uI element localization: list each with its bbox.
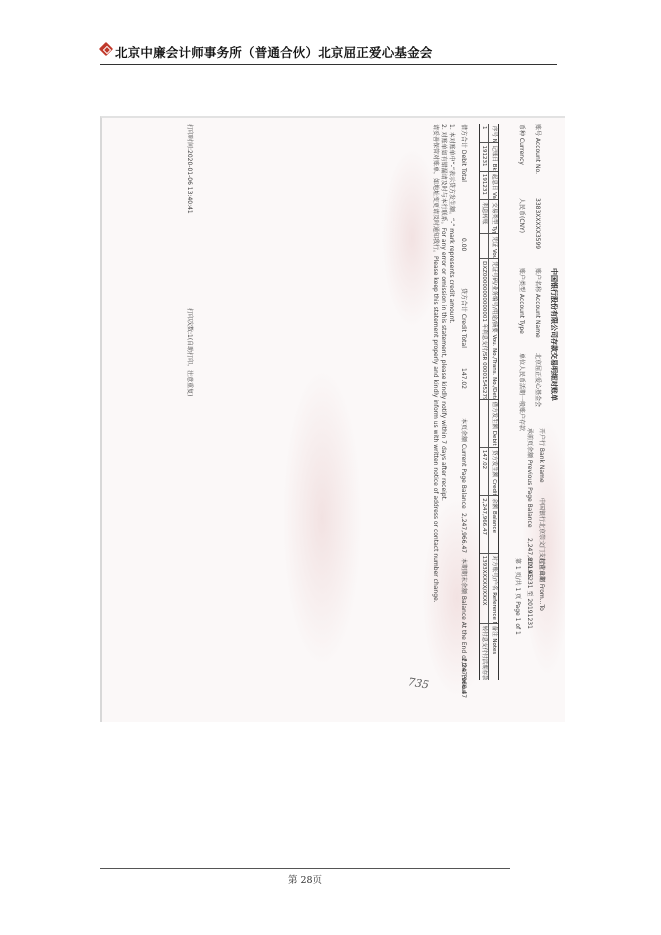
table-cell [480, 400, 489, 448]
table-cell: 转付息支付付活期存款公司 [480, 624, 489, 680]
account-name: 北京屈正爱心基金会 [534, 353, 541, 407]
note-1: 1. 本对账单中“-”表示贷方发生额。“-” mark represents c… [448, 124, 455, 324]
table-header-cell: 凭证号码/业务编号/用途/摘要 Vou. No./Trans. No./Deta… [490, 259, 499, 399]
credit-total-label: 贷方合计 Credit Total [460, 288, 467, 348]
table-header-cell: 凭证 Voucher [490, 234, 499, 259]
table-header-cell: 对方账号/户名 Reference No. [490, 554, 499, 624]
page-label: 第 1 页/共 1 页 Page 1 of 1 [514, 558, 521, 635]
table-header-row: 序号 No.记账日 Bk. D.起息日 Val. D.交易类型 Type凭证 V… [489, 124, 499, 680]
table-cell: 1393XXXXX/XXXX [480, 554, 489, 624]
previous-balance-label: 承前页余额 Previous Page Balance [526, 428, 533, 528]
end-balance: 2,247,966.47 [460, 658, 467, 698]
debit-total: 0.00 [460, 238, 467, 251]
transaction-table: 序号 No.记账日 Bk. D.起息日 Val. D.交易类型 Type凭证 V… [479, 124, 499, 680]
table-header-cell: 起息日 Val. D. [490, 172, 499, 200]
credit-total: 147.02 [460, 368, 467, 389]
table-cell: 利息转账 [480, 200, 489, 234]
account-type-label: 账户类型 Account Type [518, 268, 525, 334]
header-title: 北京中廉会计师事务所（普通合伙）北京屈正爱心基金会 [115, 43, 433, 61]
handwritten-mark: 735 [407, 675, 430, 691]
table-cell [480, 234, 489, 259]
table-header-cell: 交易类型 Type [490, 200, 499, 234]
current-balance-label: 本页余额 Current Page Balance [460, 418, 467, 509]
print-count: 打印次数:1(自助打印，注意重复) [186, 308, 193, 397]
account-no-label: 账号 Account No. [534, 124, 541, 174]
table-header-cell: 备注 Notes [490, 624, 499, 680]
statement-title: 中国银行股份有限公司存款交易明细对账单 [550, 268, 557, 401]
page-header: 北京中廉会计师事务所（普通合伙）北京屈正爱心基金会 [100, 41, 558, 63]
table-row: 1191231191231利息转账DXZ00000000000001 年利息支付… [480, 124, 489, 680]
bank-label: 开户行 Bank Name [538, 428, 545, 483]
print-time: 打印时间:2020-01-06 13:40:41 [186, 124, 193, 214]
account-name-label: 账户名称 Account Name [534, 268, 541, 338]
current-balance: 2,247,966.47 [460, 513, 467, 553]
table-cell: 191231 [480, 172, 489, 200]
rotated-statement-content: 中国银行股份有限公司存款交易明细对账单 账号 Account No. 3383X… [102, 118, 565, 722]
debit-total-label: 借方合计 Debit Total [460, 124, 467, 182]
note-3: 请妥善保管对账单，如地址变更请及时通知我行。Please keep this s… [432, 124, 439, 603]
scanned-bank-statement: 中国银行股份有限公司存款交易明细对账单 账号 Account No. 3383X… [100, 116, 565, 722]
table-cell: 1 [480, 124, 489, 143]
table-cell: 191231 [480, 143, 489, 171]
currency: 人民币(CNY) [518, 198, 525, 233]
table-header-cell: 余额 Balance [490, 496, 499, 553]
account-no: 3383XXXXX3599 [534, 198, 541, 249]
table-header-cell: 借方发生额 Debit Amount [490, 400, 499, 448]
footer-divider [100, 868, 510, 869]
currency-label: 币种 Currency [518, 124, 525, 165]
table-header-cell: 贷方发生额 Credit Amount [490, 448, 499, 496]
firm-logo-icon [100, 43, 113, 56]
page-number: 第 28页 [100, 872, 510, 886]
table-header-cell: 记账日 Bk. D. [490, 143, 499, 171]
date-range: 20191231 至 20191231 [526, 558, 533, 629]
table-header-cell: 序号 No. [490, 124, 499, 143]
table-cell: 2,247,966.47 [480, 496, 489, 553]
date-range-label: 起止日期 From...To [538, 558, 545, 611]
header-divider [100, 64, 557, 65]
table-cell: DXZ00000000000001 年利息支付/SR 000015452792 … [480, 259, 489, 399]
note-2: 2. 对账单如有错漏请及时与本行联系。For any error or omis… [440, 124, 447, 501]
table-cell: 147.02 [480, 448, 489, 496]
account-type: 单位人民币活期一般账户存款 [518, 353, 525, 431]
